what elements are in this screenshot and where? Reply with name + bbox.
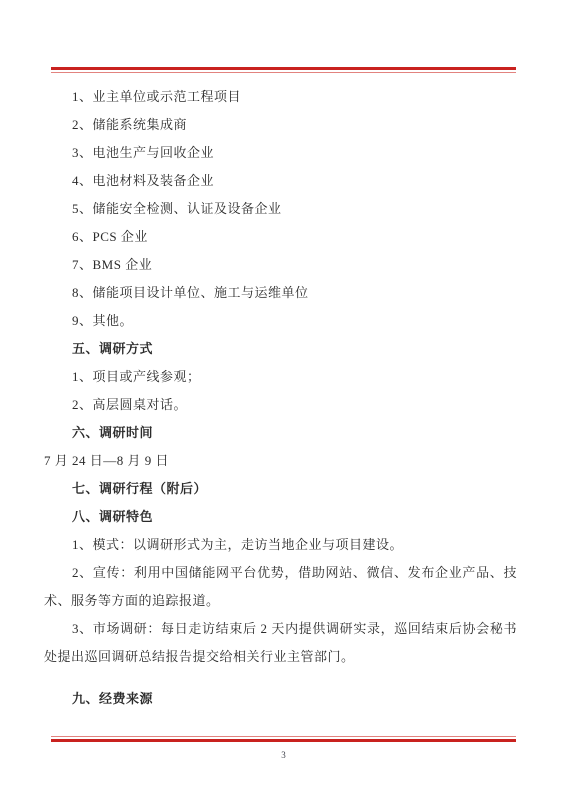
document-page: 1、业主单位或示范工程项目2、储能系统集成商3、电池生产与回收企业4、电池材料及… <box>0 0 567 800</box>
paragraph: 1、模式：以调研形式为主，走访当地企业与项目建设。 <box>44 531 517 559</box>
paragraph: 2、储能系统集成商 <box>44 111 517 139</box>
section-heading: 八、调研特色 <box>44 503 517 531</box>
section-heading: 七、调研行程（附后） <box>44 475 517 503</box>
paragraph: 3、市场调研：每日走访结束后 2 天内提供调研实录，巡回结束后协会秘书处提出巡回… <box>44 615 517 671</box>
footer-double-rule <box>51 736 516 742</box>
paragraph: 3、电池生产与回收企业 <box>44 139 517 167</box>
page-number: 3 <box>0 748 567 762</box>
paragraph: 6、PCS 企业 <box>44 223 517 251</box>
paragraph: 2、宣传：利用中国储能网平台优势，借助网站、微信、发布企业产品、技术、服务等方面… <box>44 559 517 615</box>
section-heading: 五、调研方式 <box>44 335 517 363</box>
paragraph: 7 月 24 日—8 月 9 日 <box>44 447 517 475</box>
paragraph: 1、项目或产线参观； <box>44 363 517 391</box>
section-heading: 六、调研时间 <box>44 419 517 447</box>
paragraph: 7、BMS 企业 <box>44 251 517 279</box>
paragraph: 4、电池材料及装备企业 <box>44 167 517 195</box>
paragraph: 5、储能安全检测、认证及设备企业 <box>44 195 517 223</box>
paragraph: 2、高层圆桌对话。 <box>44 391 517 419</box>
paragraph: 9、其他。 <box>44 307 517 335</box>
paragraph: 1、业主单位或示范工程项目 <box>44 83 517 111</box>
paragraph: 8、储能项目设计单位、施工与运维单位 <box>44 279 517 307</box>
document-body: 1、业主单位或示范工程项目2、储能系统集成商3、电池生产与回收企业4、电池材料及… <box>0 73 567 713</box>
section-heading: 九、经费来源 <box>44 685 517 713</box>
